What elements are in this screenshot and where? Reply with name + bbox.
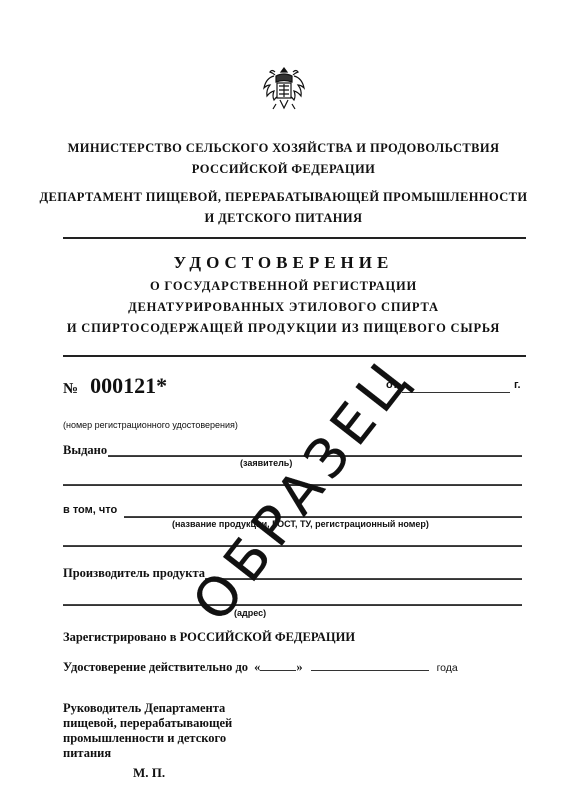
bottom-divider xyxy=(63,355,526,357)
number-caption: (номер регистрационного удостоверения) xyxy=(63,420,238,430)
document-title: УДОСТОВЕРЕНИЕ xyxy=(0,253,567,273)
document-subtitle-line2: ДЕНАТУРИРОВАННЫХ ЭТИЛОВОГО СПИРТА xyxy=(0,300,567,315)
department-name-line1: ДЕПАРТАМЕНТ ПИЩЕВОЙ, ПЕРЕРАБАТЫВАЮЩЕЙ ПР… xyxy=(0,190,567,205)
ministry-name-line2: РОССИЙСКОЙ ФЕДЕРАЦИИ xyxy=(0,162,567,177)
signature-line4: питания xyxy=(63,746,232,761)
document-subtitle-line3: И СПИРТОСОДЕРЖАЩЕЙ ПРОДУКЦИИ ИЗ ПИЩЕВОГО… xyxy=(0,321,567,336)
valid-day-field[interactable] xyxy=(260,659,296,671)
certificate-number-row: № 000121* xyxy=(63,373,167,399)
signature-block: Руководитель Департамента пищевой, перер… xyxy=(63,701,232,761)
signature-line3: промышленности и детского xyxy=(63,731,232,746)
stamp-place: М. П. xyxy=(133,765,165,781)
date-suffix: г. xyxy=(514,379,521,391)
issued-label: Выдано xyxy=(63,443,107,458)
valid-close-quote: » xyxy=(296,660,302,675)
valid-suffix: года xyxy=(437,662,458,674)
validity-row: Удостоверение действительно до « » года xyxy=(63,659,458,675)
number-sign: № xyxy=(63,381,78,398)
certificate-number: 000121* xyxy=(90,373,167,399)
producer-label: Производитель продукта xyxy=(63,566,205,581)
registered-text: Зарегистрировано в РОССИЙСКОЙ ФЕДЕРАЦИИ xyxy=(63,630,355,645)
signature-line1: Руководитель Департамента xyxy=(63,701,232,716)
document-subtitle-line1: О ГОСУДАРСТВЕННОЙ РЕГИСТРАЦИИ xyxy=(0,279,567,294)
signature-line2: пищевой, перерабатывающей xyxy=(63,716,232,731)
ministry-name-line1: МИНИСТЕРСТВО СЕЛЬСКОГО ХОЗЯЙСТВА И ПРОДО… xyxy=(0,141,567,156)
department-name-line2: И ДЕТСКОГО ПИТАНИЯ xyxy=(0,211,567,226)
russian-coat-of-arms-icon xyxy=(262,64,306,114)
that-field[interactable] xyxy=(124,516,522,518)
registered-text-content: Зарегистрировано в РОССИЙСКОЙ ФЕДЕРАЦИИ xyxy=(63,630,355,644)
valid-label: Удостоверение действительно до xyxy=(63,660,248,675)
that-label: в том, что xyxy=(63,504,117,516)
sample-watermark: ОБРАЗЕЦ xyxy=(180,345,424,633)
coat-of-arms-emblem xyxy=(262,64,306,114)
top-divider xyxy=(63,237,526,239)
producer-address-field[interactable] xyxy=(63,604,522,606)
valid-month-field[interactable] xyxy=(311,659,429,671)
